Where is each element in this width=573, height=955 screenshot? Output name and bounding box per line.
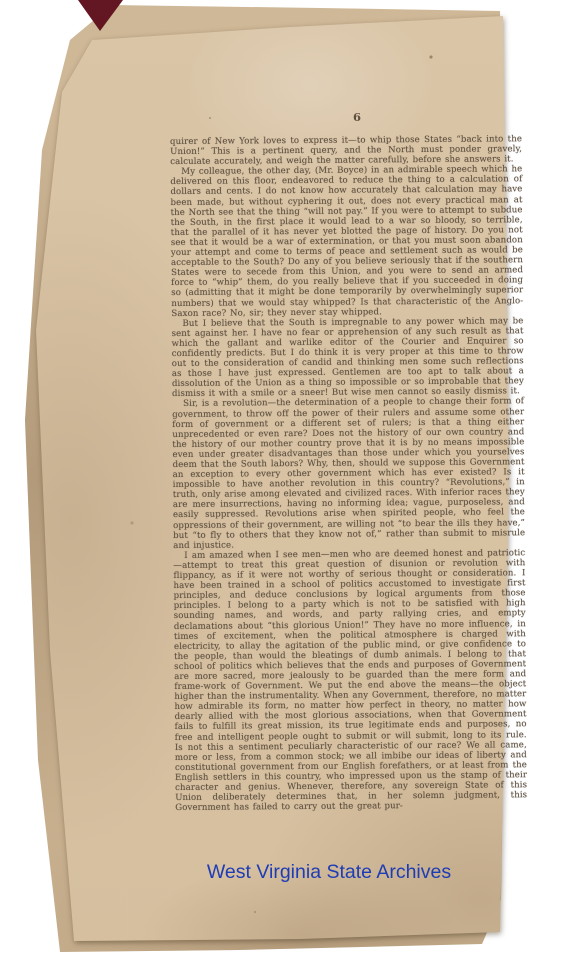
paragraph: I am amazed when I see men—men who are d…	[173, 548, 527, 813]
archive-caption: West Virginia State Archives	[0, 860, 573, 884]
paragraph: Sir, is a revolution—the determination o…	[172, 397, 525, 551]
scan-background: 6 quirer of New York loves to express it…	[0, 0, 573, 955]
page-number: 6	[340, 110, 374, 124]
paragraph: But I believe that the South is impregna…	[171, 316, 524, 400]
paragraph: quirer of New York loves to express it—t…	[170, 134, 522, 167]
page-text: quirer of New York loves to express it—t…	[170, 134, 527, 813]
paragraph: My colleague, the other day, (Mr. Boyce)…	[170, 165, 523, 319]
